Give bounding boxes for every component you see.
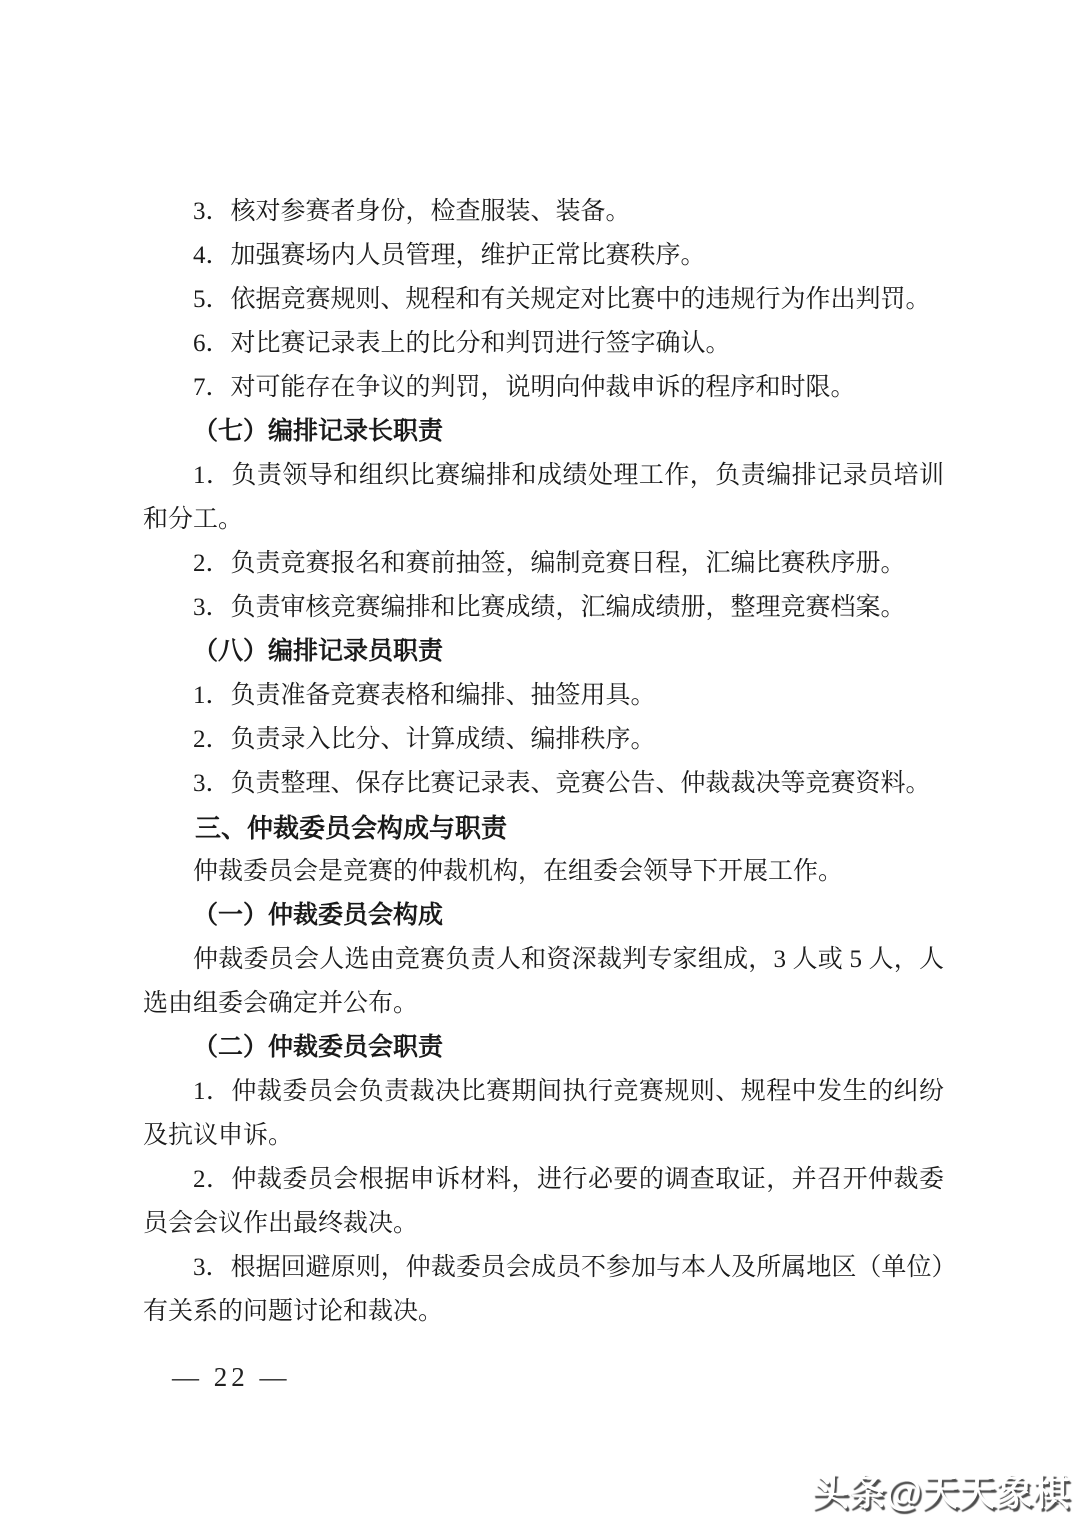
subsection-heading: （八）编排记录员职责: [143, 630, 944, 674]
list-item: 4．加强赛场内人员管理，维护正常比赛秩序。: [143, 234, 944, 278]
list-item: 3．负责整理、保存比赛记录表、竞赛公告、仲裁裁决等竞赛资料。: [143, 762, 944, 806]
subsection-heading: （七）编排记录长职责: [143, 410, 944, 454]
list-item: 7．对可能存在争议的判罚，说明向仲裁申诉的程序和时限。: [143, 366, 944, 410]
list-item: 6．对比赛记录表上的比分和判罚进行签字确认。: [143, 322, 944, 366]
list-item: 3．根据回避原则，仲裁委员会成员不参加与本人及所属地区（单位）有关系的问题讨论和…: [143, 1246, 944, 1334]
document-page: 3．核对参赛者身份，检查服装、装备。 4．加强赛场内人员管理，维护正常比赛秩序。…: [0, 0, 1080, 1526]
list-item: 1．负责准备竞赛表格和编排、抽签用具。: [143, 674, 944, 718]
subsection-heading: （一）仲裁委员会构成: [143, 894, 944, 938]
page-number: — 22 —: [172, 1362, 291, 1393]
watermark: 头条@天天象棋: [812, 1462, 1070, 1516]
list-item: 3．核对参赛者身份，检查服装、装备。: [143, 190, 944, 234]
document-body: 3．核对参赛者身份，检查服装、装备。 4．加强赛场内人员管理，维护正常比赛秩序。…: [143, 190, 944, 1334]
list-item: 1．负责领导和组织比赛编排和成绩处理工作，负责编排记录员培训和分工。: [143, 454, 944, 542]
body-paragraph: 仲裁委员会人选由竞赛负责人和资深裁判专家组成，3 人或 5 人，人选由组委会确定…: [143, 938, 944, 1026]
section-heading: 三、仲裁委员会构成与职责: [143, 806, 944, 850]
body-paragraph: 仲裁委员会是竞赛的仲裁机构，在组委会领导下开展工作。: [143, 850, 944, 894]
subsection-heading: （二）仲裁委员会职责: [143, 1026, 944, 1070]
list-item: 5．依据竞赛规则、规程和有关规定对比赛中的违规行为作出判罚。: [143, 278, 944, 322]
list-item: 2．仲裁委员会根据申诉材料，进行必要的调查取证，并召开仲裁委员会会议作出最终裁决…: [143, 1158, 944, 1246]
list-item: 2．负责录入比分、计算成绩、编排秩序。: [143, 718, 944, 762]
list-item: 1．仲裁委员会负责裁决比赛期间执行竞赛规则、规程中发生的纠纷及抗议申诉。: [143, 1070, 944, 1158]
list-item: 2．负责竞赛报名和赛前抽签，编制竞赛日程，汇编比赛秩序册。: [143, 542, 944, 586]
list-item: 3．负责审核竞赛编排和比赛成绩，汇编成绩册，整理竞赛档案。: [143, 586, 944, 630]
